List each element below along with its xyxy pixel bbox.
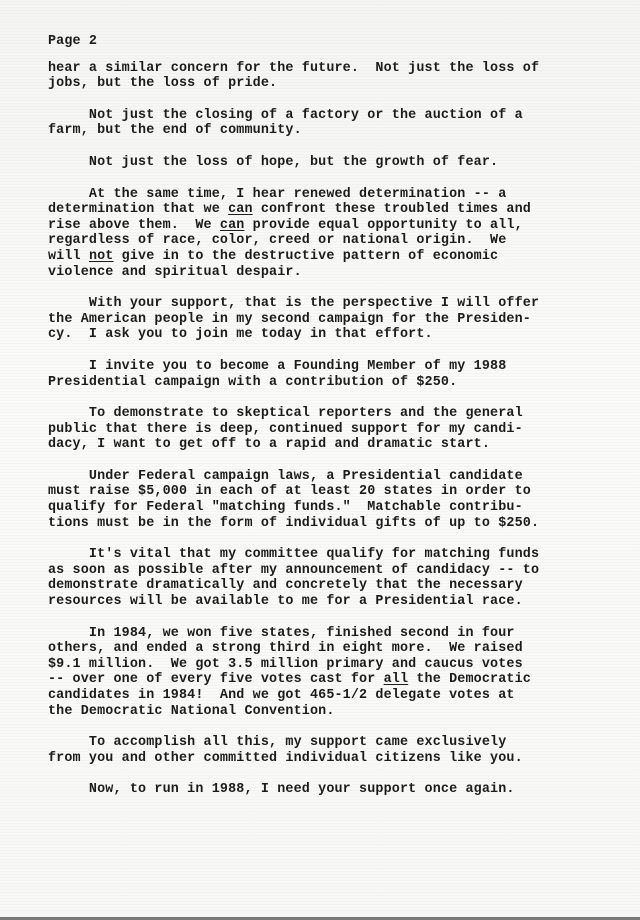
text-run: qualify for Federal "matching funds." Ma… — [48, 500, 523, 515]
text-line: public that there is deep, continued sup… — [48, 422, 608, 438]
paragraph: hear a similar concern for the future. N… — [48, 61, 608, 92]
text-line: the Democratic National Convention. — [48, 704, 608, 720]
text-run: demonstrate dramatically and concretely … — [48, 578, 523, 593]
text-run: I invite you to become a Founding Member… — [48, 359, 506, 374]
paragraph: With your support, that is the perspecti… — [48, 296, 608, 343]
text-run: provide equal opportunity to all, — [244, 218, 522, 233]
text-run: To accomplish all this, my support came … — [48, 735, 506, 750]
page-number: Page 2 — [48, 34, 608, 50]
text-run: must raise $5,000 in each of at least 20… — [48, 484, 531, 499]
text-line: regardless of race, color, creed or nati… — [48, 233, 608, 249]
text-run: Now, to run in 1988, I need your support… — [48, 782, 515, 797]
text-run: the Democratic National Convention. — [48, 704, 335, 719]
text-line: rise above them. We can provide equal op… — [48, 218, 608, 234]
text-run: cy. I ask you to join me today in that e… — [48, 327, 433, 342]
text-line: To demonstrate to skeptical reporters an… — [48, 406, 608, 422]
text-line: jobs, but the loss of pride. — [48, 76, 608, 92]
paragraph: It's vital that my committee qualify for… — [48, 547, 608, 609]
text-run: To demonstrate to skeptical reporters an… — [48, 406, 523, 421]
paragraph: Under Federal campaign laws, a President… — [48, 469, 608, 531]
text-line: demonstrate dramatically and concretely … — [48, 578, 608, 594]
text-run: the Democratic — [408, 672, 531, 687]
text-run: With your support, that is the perspecti… — [48, 296, 539, 311]
text-run: others, and ended a strong third in eigh… — [48, 641, 523, 656]
text-run: regardless of race, color, creed or nati… — [48, 233, 506, 248]
text-line: Not just the loss of hope, but the growt… — [48, 155, 608, 171]
text-run: -- over one of every five votes cast for — [48, 672, 384, 687]
text-run: It's vital that my committee qualify for… — [48, 547, 539, 562]
text-line: Not just the closing of a factory or the… — [48, 108, 608, 124]
text-line: With your support, that is the perspecti… — [48, 296, 608, 312]
text-run: Under Federal campaign laws, a President… — [48, 469, 523, 484]
text-line: the American people in my second campaig… — [48, 312, 608, 328]
text-run: hear a similar concern for the future. N… — [48, 61, 539, 76]
paragraph: Not just the closing of a factory or the… — [48, 108, 608, 139]
text-run: rise above them. We — [48, 218, 220, 233]
text-line: violence and spiritual despair. — [48, 265, 608, 281]
text-run: dacy, I want to get off to a rapid and d… — [48, 437, 490, 452]
text-line: It's vital that my committee qualify for… — [48, 547, 608, 563]
text-run: resources will be available to me for a … — [48, 594, 523, 609]
text-line: determination that we can confront these… — [48, 202, 608, 218]
text-line: hear a similar concern for the future. N… — [48, 61, 608, 77]
letter-body: Page 2 hear a similar concern for the fu… — [48, 34, 608, 814]
paragraph: Now, to run in 1988, I need your support… — [48, 782, 608, 798]
underlined-emphasis: all — [384, 672, 409, 687]
text-line: To accomplish all this, my support came … — [48, 735, 608, 751]
text-line: others, and ended a strong third in eigh… — [48, 641, 608, 657]
paragraph: In 1984, we won five states, finished se… — [48, 626, 608, 720]
text-line: In 1984, we won five states, finished se… — [48, 626, 608, 642]
text-line: At the same time, I hear renewed determi… — [48, 187, 608, 203]
text-run: At the same time, I hear renewed determi… — [48, 187, 506, 202]
text-line: will not give in to the destructive patt… — [48, 249, 608, 265]
paragraph: At the same time, I hear renewed determi… — [48, 187, 608, 281]
text-line: -- over one of every five votes cast for… — [48, 672, 608, 688]
text-line: farm, but the end of community. — [48, 123, 608, 139]
letter-page: Page 2 hear a similar concern for the fu… — [0, 0, 640, 920]
text-line: tions must be in the form of individual … — [48, 516, 608, 532]
text-run: Not just the loss of hope, but the growt… — [48, 155, 498, 170]
text-line: dacy, I want to get off to a rapid and d… — [48, 437, 608, 453]
text-line: resources will be available to me for a … — [48, 594, 608, 610]
text-line: as soon as possible after my announcemen… — [48, 563, 608, 579]
text-run: determination that we — [48, 202, 228, 217]
text-run: from you and other committed individual … — [48, 751, 523, 766]
text-run: Presidential campaign with a contributio… — [48, 375, 457, 390]
text-run: farm, but the end of community. — [48, 123, 302, 138]
text-run: violence and spiritual despair. — [48, 265, 302, 280]
text-run: jobs, but the loss of pride. — [48, 76, 277, 91]
underlined-emphasis: can — [228, 202, 253, 217]
text-run: tions must be in the form of individual … — [48, 516, 539, 531]
text-line: I invite you to become a Founding Member… — [48, 359, 608, 375]
text-run: $9.1 million. We got 3.5 million primary… — [48, 657, 523, 672]
text-line: $9.1 million. We got 3.5 million primary… — [48, 657, 608, 673]
text-run: In 1984, we won five states, finished se… — [48, 626, 515, 641]
text-line: candidates in 1984! And we got 465-1/2 d… — [48, 688, 608, 704]
paragraph: To accomplish all this, my support came … — [48, 735, 608, 766]
text-run: will — [48, 249, 89, 264]
text-run: Not just the closing of a factory or the… — [48, 108, 523, 123]
text-run: give in to the destructive pattern of ec… — [114, 249, 499, 264]
text-run: confront these troubled times and — [253, 202, 531, 217]
underlined-emphasis: not — [89, 249, 114, 264]
paragraph-list: hear a similar concern for the future. N… — [48, 61, 608, 798]
underlined-emphasis: can — [220, 218, 245, 233]
text-line: Under Federal campaign laws, a President… — [48, 469, 608, 485]
text-line: Now, to run in 1988, I need your support… — [48, 782, 608, 798]
text-run: public that there is deep, continued sup… — [48, 422, 523, 437]
text-line: qualify for Federal "matching funds." Ma… — [48, 500, 608, 516]
paragraph: I invite you to become a Founding Member… — [48, 359, 608, 390]
text-line: cy. I ask you to join me today in that e… — [48, 327, 608, 343]
paragraph: Not just the loss of hope, but the growt… — [48, 155, 608, 171]
text-line: must raise $5,000 in each of at least 20… — [48, 484, 608, 500]
text-run: as soon as possible after my announcemen… — [48, 563, 539, 578]
text-run: the American people in my second campaig… — [48, 312, 531, 327]
text-run: candidates in 1984! And we got 465-1/2 d… — [48, 688, 515, 703]
text-line: Presidential campaign with a contributio… — [48, 375, 608, 391]
text-line: from you and other committed individual … — [48, 751, 608, 767]
paragraph: To demonstrate to skeptical reporters an… — [48, 406, 608, 453]
